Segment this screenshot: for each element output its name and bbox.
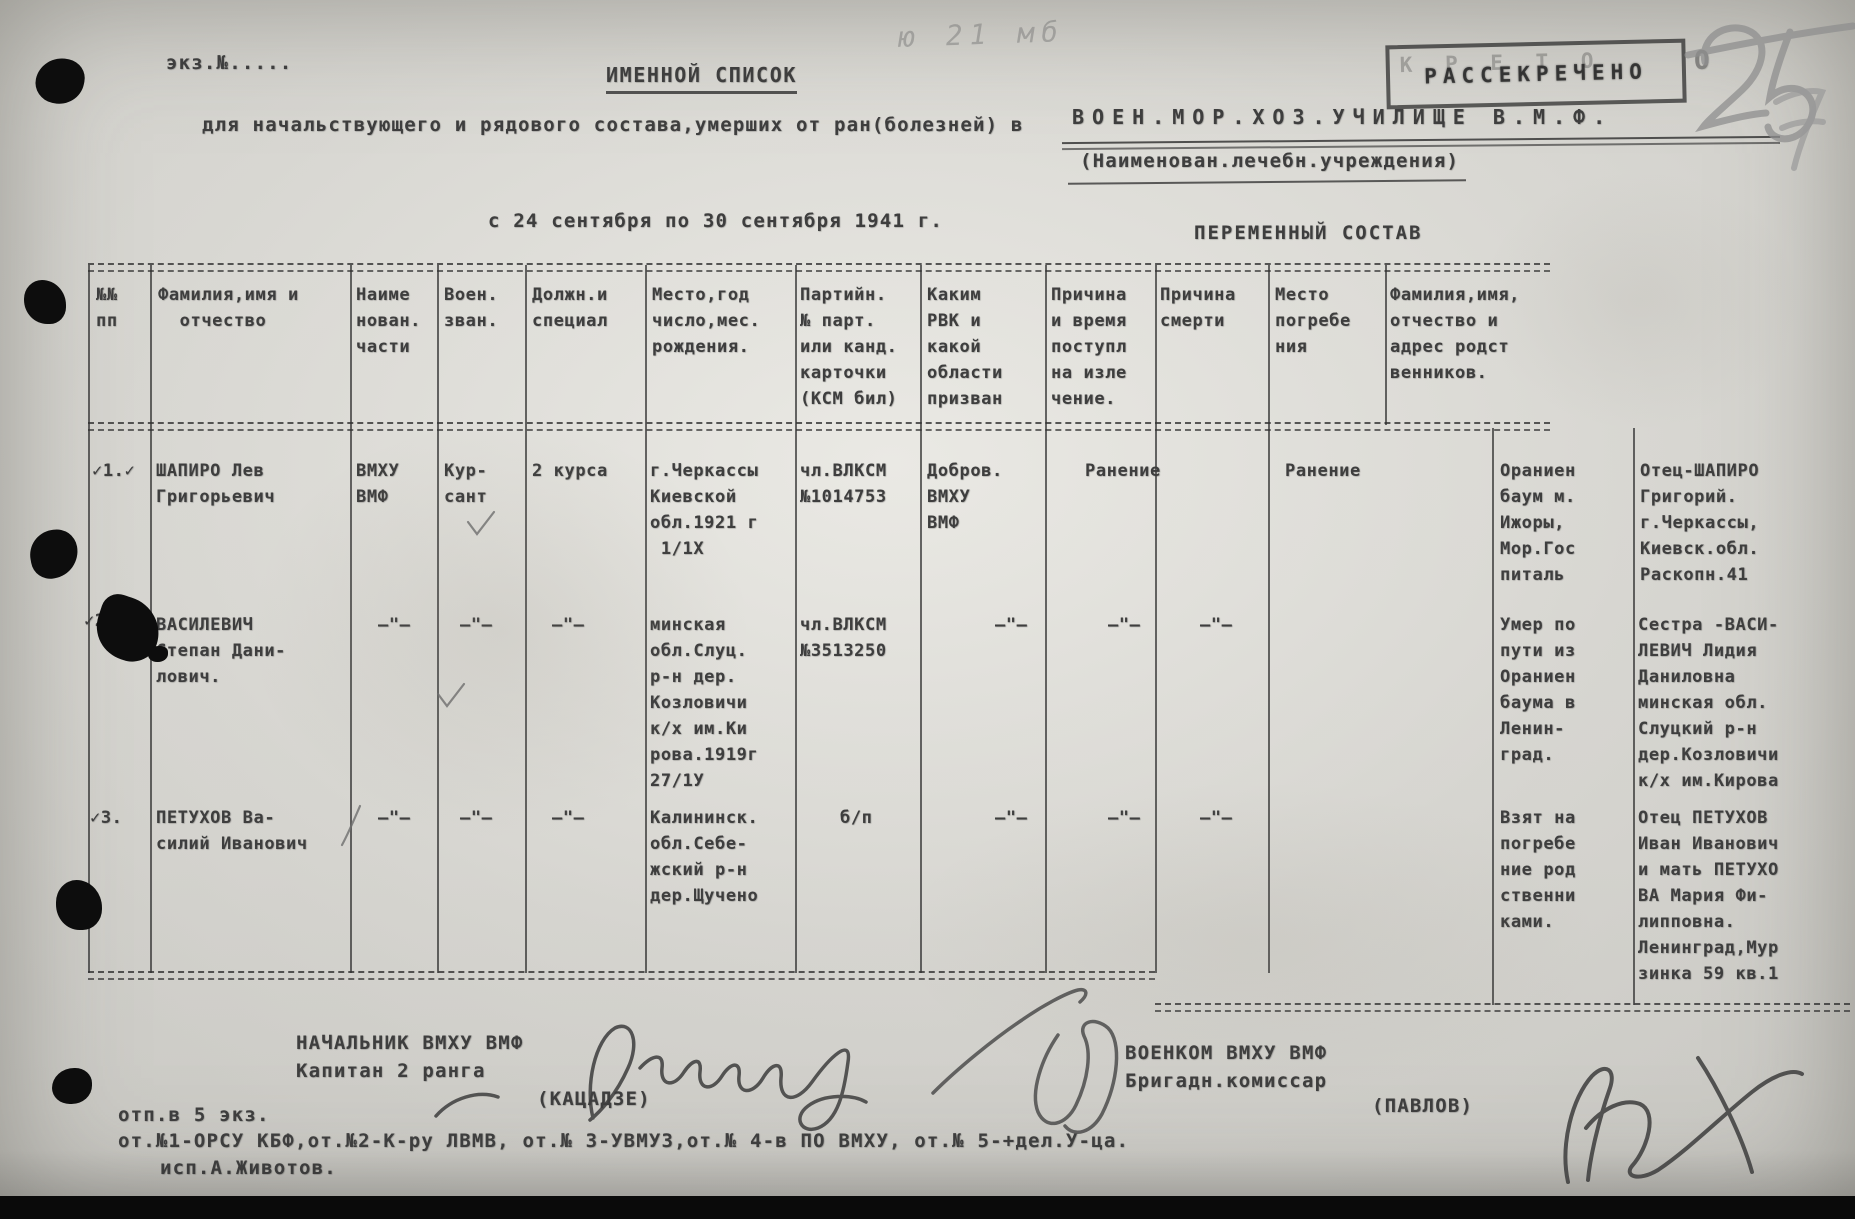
chief-rank: Капитан 2 ранга [296,1058,486,1085]
col-header-rank: Воен. зван. [444,282,498,334]
col-header-position: Должн.и специал [532,282,608,334]
col-header-name: Фамилия,имя и отчество [158,282,299,334]
middle-signature [933,990,1117,1133]
copies-line: отп.в 5 экз. [118,1102,270,1129]
row2-ink-blot-satellite [148,646,168,662]
col-header-number: №№ пп [96,282,118,334]
table-vline [1155,265,1157,973]
table-vline [437,265,439,973]
cell-r3-party: б/п [840,805,873,831]
document-title-text: ИМЕННОЙ СПИСОК [606,63,797,94]
cell-r2-death-cause: —"— [1200,612,1233,638]
table-top-rule [88,263,1550,272]
table-vline [1268,265,1270,973]
table-vline [1492,428,1494,1005]
cell-r1-number: ✓1.✓ [92,458,135,484]
table-vline [795,265,797,973]
document-title: ИМЕННОЙ СПИСОК [606,62,797,88]
col-header-unit: Наиме нован. части [356,282,421,360]
col-header-party: Партийн. № парт. или канд. карточки (КСМ… [800,282,898,412]
scan-bottom-strip [0,1196,1855,1219]
institution-note-underline [1068,179,1466,184]
cell-r2-party: чл.ВЛКСМ №3513250 [800,612,887,664]
cell-r3-position: —"— [552,805,585,831]
stamp-stray-mark: О [1694,48,1710,74]
cell-r1-birth: г.Черкассы Киевской обл.1921 г 1/1Х [650,458,758,562]
stamp-ghost-impression: К Р Е Т О [1399,48,1603,77]
cell-r1-name: ШАПИРО Лев Григорьевич [156,458,275,510]
cell-r1-rank: Кур- сант [444,458,487,510]
col-header-burial: Место погребе ния [1275,282,1351,360]
table-vline [920,265,922,973]
pencil-note: ю 21 мб [897,15,1065,54]
cell-r1-relatives: Отец-ШАПИРО Григорий. г.Черкассы, Киевск… [1640,458,1759,588]
pencil-page-number [1688,26,1853,139]
cell-r2-position: —"— [552,612,585,638]
cell-r1-admission: Ранение [1085,458,1161,484]
cell-r2-relatives: Сестра -ВАСИ- ЛЕВИЧ Лидия Даниловна минс… [1638,612,1779,794]
table-vline [1633,428,1635,1005]
chief-title: НАЧАЛЬНИК ВМХУ ВМФ [296,1030,524,1057]
header-line1: для начальствующего и рядового состава,у… [202,112,1024,139]
chief-name: (КАЦАДЗЕ) [537,1086,651,1113]
institution-note: (Наименован.лечебн.учреждения) [1080,148,1459,175]
institution-name: ВОЕН.МОР.ХОЗ.УЧИЛИЩЕ В.М.Ф. [1072,104,1613,130]
pencil-checkmarks [342,512,494,845]
cell-r3-drafted-by: —"— [995,805,1028,831]
cell-r1-position: 2 курса [532,458,608,484]
table-vline [1385,265,1387,425]
scanned-document-page: экз.№..... ю 21 мб ИМЕННОЙ СПИСОК К Р Е … [0,0,1855,1219]
cell-r3-name: ПЕТУХОВ Ва- силий Иванович [156,805,308,857]
cell-r3-death-cause: —"— [1200,805,1233,831]
table-bottom-rule-right [1155,1003,1850,1012]
cell-r2-unit: —"— [378,612,411,638]
commissar-title: ВОЕНКОМ ВМХУ ВМФ [1125,1040,1327,1067]
edge-ink-blob [24,280,66,324]
col-header-death-cause: Причина смерти [1160,282,1236,334]
col-header-drafted-by: Каким РВК и какой области призван [927,282,1003,412]
cell-r1-burial: Ораниен баум м. Ижоры, Мор.Гос питаль [1500,458,1576,588]
cell-r2-rank: —"— [460,612,493,638]
edge-ink-blob [56,880,102,930]
declassified-stamp: К Р Е Т О РАССЕКРЕЧЕНО [1385,39,1686,110]
staff-type: ПЕРЕМЕННЫЙ СОСТАВ [1194,220,1422,247]
cell-r2-name: ВАСИЛЕВИЧ Степан Дани- лович. [156,612,286,690]
cell-r1-drafted-by: Добров. ВМХУ ВМФ [927,458,1003,536]
paper-stain [1480,170,1800,430]
period-line: с 24 сентября по 30 сентября 1941 г. [488,208,943,235]
cell-r3-birth: Калининск. обл.Себе- жский р-н дер.Щучен… [650,805,758,909]
cell-r3-number: ✓3. [90,805,123,831]
cell-r3-unit: —"— [378,805,411,831]
table-vline [525,265,527,973]
cell-r1-unit: ВМХУ ВМФ [356,458,399,510]
cell-r3-rank: —"— [460,805,493,831]
table-vline [645,265,647,973]
cell-r3-burial: Взят на погребе ние род ственни ками. [1500,805,1576,935]
handwriting-overlay [0,0,1855,1219]
table-bottom-rule-left [88,971,1155,980]
table-vline [1045,265,1047,973]
col-header-relatives: Фамилия,имя, отчество и адрес родст венн… [1390,282,1520,386]
commissar-name: (ПАВЛОВ) [1372,1093,1473,1120]
col-header-admission: Причина и время поступл на изле чение. [1051,282,1127,412]
commissar-rank: Бригадн.комиссар [1125,1068,1327,1095]
bottom-shade [0,1150,1855,1196]
cell-r3-relatives: Отец ПЕТУХОВ Иван Иванович и мать ПЕТУХО… [1638,805,1779,987]
edge-ink-blob [32,54,89,109]
cell-r2-burial: Умер по пути из Ораниен баума в Ленин- г… [1500,612,1576,768]
cell-r1-death-cause: Ранение [1285,458,1361,484]
edge-ink-blob [52,1068,92,1104]
cell-r2-admission: —"— [1108,612,1141,638]
cell-r3-admission: —"— [1108,805,1141,831]
table-header-rule [88,422,1550,431]
col-header-birth: Место,год число,мес. рождения. [652,282,760,360]
table-vline [350,265,352,973]
cell-r2-drafted-by: —"— [995,612,1028,638]
cell-r2-birth: минская обл.Слуц. р-н дер. Козловичи к/х… [650,612,758,794]
cell-r1-party: чл.ВЛКСМ №1014753 [800,458,887,510]
edge-ink-blob [26,526,82,582]
pencil-page-number-secondary [1776,91,1823,168]
copy-number: экз.№..... [166,50,292,77]
